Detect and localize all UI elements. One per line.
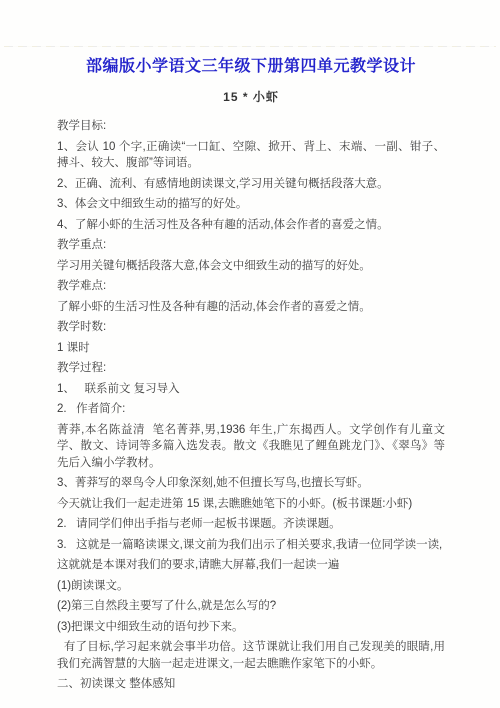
paragraph: 教学难点:: [57, 278, 445, 295]
document-body: 教学目标:1、会认 10 个字,正确读“一口缸、空隙、掀开、背上、末端、一副、钳…: [57, 118, 445, 693]
lesson-number-title: 15 * 小虾: [57, 89, 445, 105]
document-title: 部编版小学语文三年级下册第四单元教学设计: [57, 56, 445, 78]
paragraph: (3)把课文中细致生动的语句抄下来。: [57, 619, 445, 636]
paragraph: 2. 请同学们伸出手指与老师一起板书课题。齐读课题。: [57, 516, 445, 533]
paragraph: 2. 作者简介:: [57, 401, 445, 418]
paragraph: 2、正确、流利、有感情地朗读课文,学习用关键句概括段落大意。: [57, 176, 445, 193]
page-top-edge: [4, 46, 496, 47]
document-page: 部编版小学语文三年级下册第四单元教学设计 15 * 小虾 教学目标:1、会认 1…: [0, 0, 500, 708]
paragraph: 二、初读课文 整体感知: [57, 676, 445, 693]
paragraph: 3、菁莽写的翠鸟令人印象深刻,她不但擅长写鸟,也擅长写虾。: [57, 475, 445, 492]
paragraph: (1)朗读课文。: [57, 578, 445, 595]
paragraph: 了解小虾的生活习性及各种有趣的活动,体会作者的喜爱之情。: [57, 299, 445, 316]
paragraph: 学习用关键句概括段落大意,体会文中细致生动的描写的好处。: [57, 258, 445, 275]
paragraph: 1 课时: [57, 340, 445, 357]
paragraph: 教学时数:: [57, 319, 445, 336]
paragraph: 教学目标:: [57, 118, 445, 135]
paragraph: 4、了解小虾的生活习性及各种有趣的活动,体会作者的喜爱之情。: [57, 217, 445, 234]
paragraph: 菁莽,本名陈益清 笔名菁莽,男,1936 年生,广东揭西人。文学创作有儿童文学、…: [57, 422, 445, 472]
paragraph: 教学重点:: [57, 237, 445, 254]
paragraph: 1、会认 10 个字,正确读“一口缸、空隙、掀开、背上、末端、一副、钳子、搏斗、…: [57, 139, 445, 172]
paragraph: 这就就是本课对我们的要求,请瞧大屏幕,我们一起读一遍: [57, 557, 445, 574]
paragraph: (2)第三自然段主要写了什么,就是怎么写的?: [57, 598, 445, 615]
paragraph: 3. 这就是一篇略读课文,课文前为我们出示了相关要求,我请一位同学读一读,: [57, 537, 445, 554]
document-content: 部编版小学语文三年级下册第四单元教学设计 15 * 小虾 教学目标:1、会认 1…: [57, 56, 445, 697]
paragraph: 1、 联系前文 复习导入: [57, 381, 445, 398]
paragraph: 有了目标,学习起来就会事半功倍。这节课就让我们用自己发现美的眼睛,用我们充满智慧…: [57, 639, 445, 672]
paragraph: 教学过程:: [57, 360, 445, 377]
paragraph: 今天就让我们一起走进第 15 课,去瞧瞧她笔下的小虾。(板书课题:小虾): [57, 496, 445, 513]
paragraph: 3、体会文中细致生动的描写的好处。: [57, 196, 445, 213]
